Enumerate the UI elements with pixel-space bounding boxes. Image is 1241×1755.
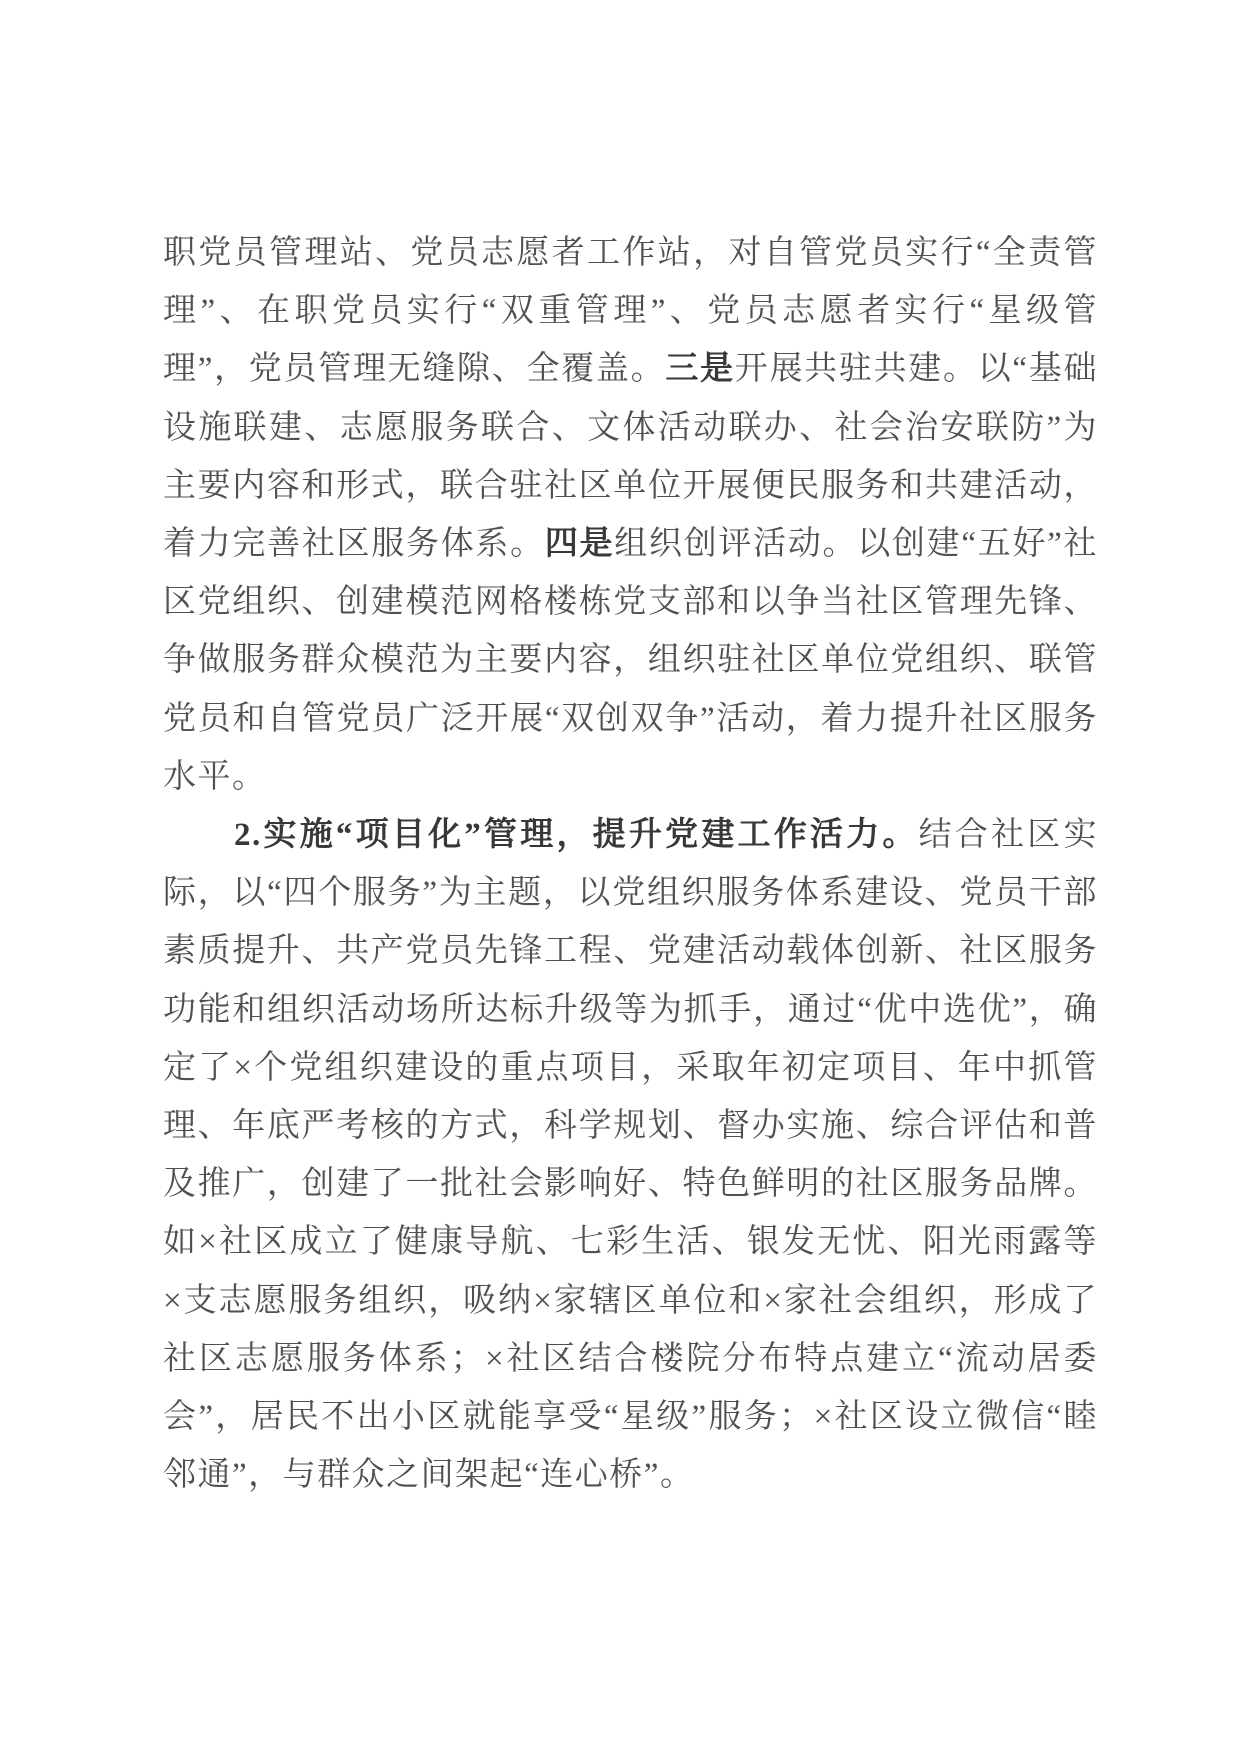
- document-body: 职党员管理站、党员志愿者工作站，对自管党员实行“全责管理”、在职党员实行“双重管…: [163, 224, 1098, 1504]
- bold-section-heading: 2.实施“项目化”管理，提升党建工作活力。: [234, 817, 919, 853]
- document-page: 职党员管理站、党员志愿者工作站，对自管党员实行“全责管理”、在职党员实行“双重管…: [0, 0, 1241, 1755]
- paragraph-continuation: 职党员管理站、党员志愿者工作站，对自管党员实行“全责管理”、在职党员实行“双重管…: [163, 224, 1098, 806]
- body-text-run: 组织创评活动。以创建“五好”社区党组织、创建模范网格楼栋党支部和以争当社区管理先…: [163, 526, 1098, 795]
- bold-emphasis-sanshi: 三是: [665, 351, 734, 387]
- paragraph-item-2: 2.实施“项目化”管理，提升党建工作活力。结合社区实际，以“四个服务”为主题，以…: [163, 806, 1098, 1504]
- body-text-run: 结合社区实际，以“四个服务”为主题，以党组织服务体系建设、党员干部素质提升、共产…: [163, 817, 1098, 1493]
- bold-emphasis-sishi: 四是: [545, 526, 614, 562]
